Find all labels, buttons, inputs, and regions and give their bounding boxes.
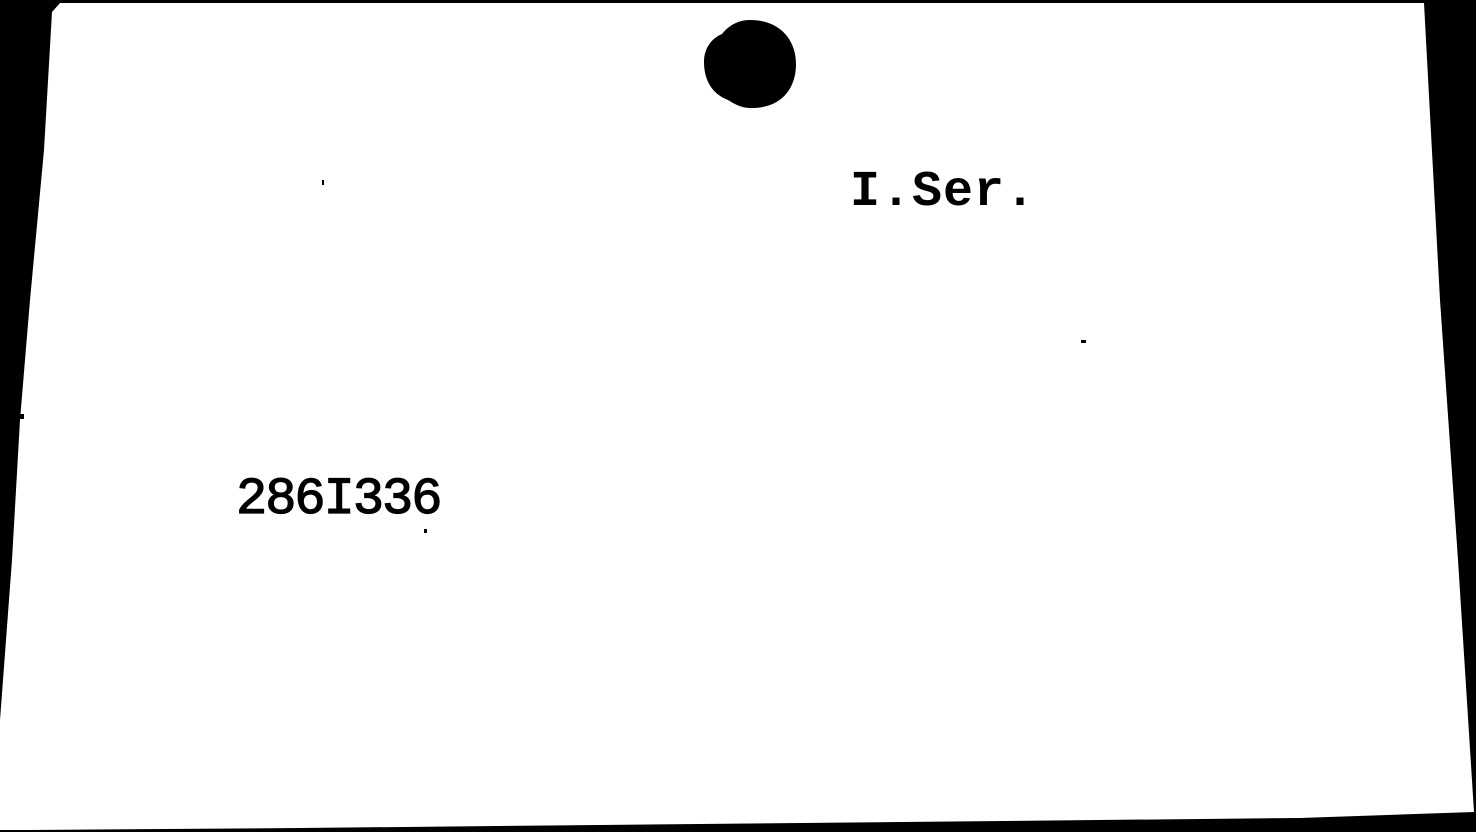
edge-nick <box>10 414 24 419</box>
index-card <box>0 0 1476 832</box>
ink-speck <box>322 180 324 185</box>
card-body <box>0 3 1474 830</box>
ink-speck <box>1081 340 1086 343</box>
card-number: 286I336 <box>236 474 440 526</box>
series-label: I.Ser. <box>850 168 1036 218</box>
ink-speck <box>424 529 427 533</box>
